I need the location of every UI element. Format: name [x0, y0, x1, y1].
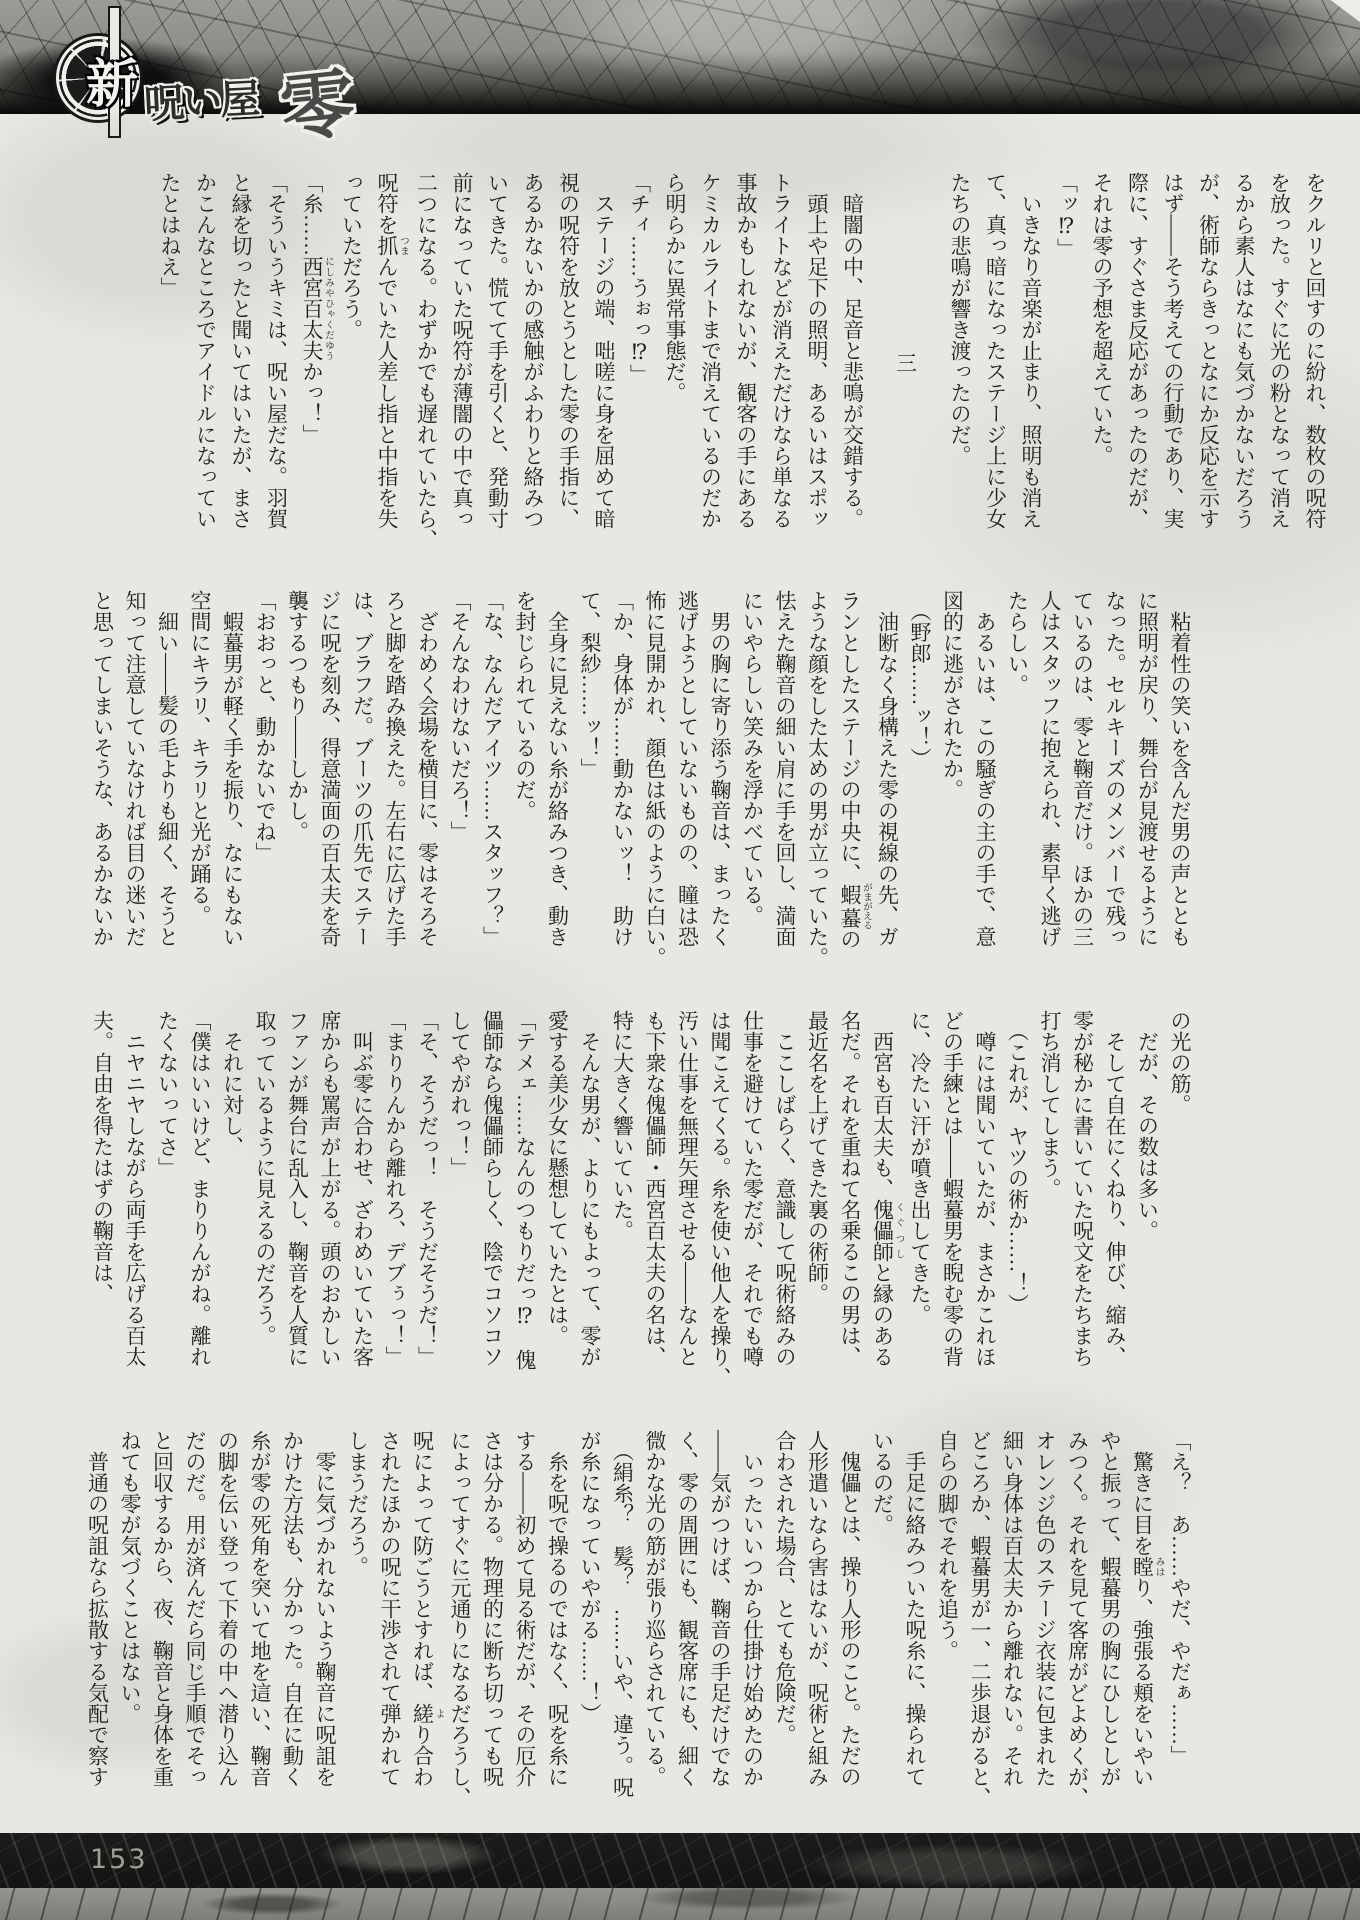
text-column: （これが、ヤツの術か……！）	[1001, 1010, 1034, 1390]
text-column: ケミカルライトまで消えているのだか	[692, 172, 728, 552]
text-column: によってすぐに元通りになるだろうし、	[444, 1430, 477, 1810]
text-column: 「な、なんだアイツ……スタッフ？」	[476, 590, 509, 970]
text-column: しまうだろう。	[341, 1430, 374, 1810]
text-column: 暗闇の中、足音と悲鳴が交錯する。	[834, 172, 870, 552]
text-column: ジに呪を刻み、得意満面の百太夫を奇	[314, 590, 347, 970]
text-column: 人はスタッフに抱えられ、素早く逃げ	[1034, 590, 1067, 970]
text-column: 噂には聞いていたが、まさかこれほ	[969, 1010, 1002, 1390]
text-column: 「そ、そうだっ！ そうだそうだ！」	[411, 1010, 444, 1390]
text-column: あるいは、この騒ぎの主の手で、意	[969, 590, 1002, 970]
text-column: 「か、身体が……動かないッ！ 助け	[606, 590, 639, 970]
text-column: かこんなところでアイドルになってい	[187, 172, 223, 552]
text-column: と縁を切ったと聞いてはいたが、まさ	[223, 172, 259, 552]
text-column: 粘着性の笑いを含んだ男の声ととも	[1164, 590, 1197, 970]
text-column: みつく。それを見て客席がどよめくが、	[1061, 1430, 1094, 1810]
text-column: 手足に絡みついた呪糸に、操られて	[899, 1430, 932, 1810]
text-column: 西宮も百太夫も、傀儡師くぐつしと縁のある	[866, 1010, 904, 1390]
text-column: 仕事を避けていた零だが、それでも噂	[736, 1010, 769, 1390]
text-column: なった。セルキーズのメンバーで残っ	[1099, 590, 1132, 970]
text-column: て、真っ暗になったステージ上に少女	[977, 172, 1013, 552]
text-column: どの手練とは――蝦蟇男を睨む零の背	[936, 1010, 969, 1390]
text-column: 「テメェ……なんのつもりだっ⁉ 傀	[509, 1010, 542, 1390]
text-column: ファンが舞台に乱入し、鞠音を人質に	[281, 1010, 314, 1390]
text-column: 細い――髪の毛よりも細く、そうと	[151, 590, 184, 970]
text-column: 「僕はいいけど、まりりんがね。離れ	[184, 1010, 217, 1390]
text-column: 「チィ……うぉっ⁉」	[621, 172, 657, 552]
text-column: 「そういうキミは、呪い屋だな。羽賀	[258, 172, 294, 552]
text-column: を封じられているのだ。	[509, 590, 542, 970]
text-column: だが、その数は多い。	[1131, 1010, 1164, 1390]
text-column: たちの悲鳴が響き渡ったのだ。	[942, 172, 978, 552]
text-column: あるかないかの感触がふわりと絡みつ	[515, 172, 551, 552]
text-column: 前になっていた呪符が薄闇の中で真っ	[444, 172, 480, 552]
text-column: にいやらしい笑みを浮かべている。	[736, 590, 769, 970]
text-column: たくないってさ」	[151, 1010, 184, 1390]
text-column: 汚い仕事を無理矢理させる――なんと	[671, 1010, 704, 1390]
text-column: それは零の予想を超えていた。	[1084, 172, 1120, 552]
text-column: 零が秘かに書いていた呪文をたちまち	[1066, 1010, 1099, 1390]
text-column: 事故かもしれないが、観客の手にある	[728, 172, 764, 552]
text-column: 男の胸に寄り添う鞠音は、まったく	[704, 590, 737, 970]
text-column: 合わされた場合、とても危険だ。	[769, 1430, 802, 1810]
text-column: 零に気づかれないよう鞠音に呪詛を	[309, 1430, 342, 1810]
text-column: 呪符を抓つまんでいた人差し指と中指を失	[369, 172, 409, 552]
text-column: て、梨紗……ッ！」	[574, 590, 607, 970]
series-logo: 新 呪い屋 零	[52, 30, 352, 130]
text-column: （絹糸？ 髪？ ……いや、違う。呪	[606, 1430, 639, 1810]
text-column: 「ッ⁉」	[1048, 172, 1084, 552]
text-column: たらしい。	[1001, 590, 1034, 970]
text-column: 傀儡とは、操り人形のこと。ただの	[834, 1430, 867, 1810]
text-column: オレンジ色のステージ衣装に包まれた	[1029, 1430, 1062, 1810]
text-column: 驚きに目を瞠みはり、強張る頬をいやい	[1126, 1430, 1164, 1810]
text-column: してやがれっ！」	[444, 1010, 477, 1390]
text-column: 空間にキラリ、キラリと光が踊る。	[184, 590, 217, 970]
text-column: 微かな光の筋が張り巡らされている。	[639, 1430, 672, 1810]
text-column: ろと脚を踏み換えた。左右に広げた手	[379, 590, 412, 970]
text-column: 細い身体は百太夫から離れない。それ	[996, 1430, 1029, 1810]
text-column: （野郎……ッ！）	[904, 590, 937, 970]
text-column: が糸になっていやがる……！）	[574, 1430, 607, 1810]
text-column: 怯えた鞠音の細い肩に手を回し、満面	[769, 590, 802, 970]
header-grunge-bar: 新 呪い屋 零	[0, 0, 1360, 114]
text-column: 「え？ あ……やだ、やだぁ……」	[1164, 1430, 1197, 1810]
text-column: 自らの脚でそれを追う。	[931, 1430, 964, 1810]
text-column: ――気がつけば、鞠音の手足だけでな	[704, 1430, 737, 1810]
text-column: 呪によって防ごうとすれば、縒より合わ	[406, 1430, 444, 1810]
text-column: いったいいつから仕掛け始めたのか	[736, 1430, 769, 1810]
novel-page: { "header": { "logo": { "emblem_char": "…	[0, 0, 1360, 1920]
text-column: ざわめく会場を横目に、零はそろそ	[411, 590, 444, 970]
text-column: ステージの端、咄嗟に身を屈めて暗	[586, 172, 622, 552]
text-column: だのだ。用が済んだら同じ手順でそっ	[179, 1430, 212, 1810]
text-column: 名だ。それを重ねて名乗るこの男は、	[834, 1010, 867, 1390]
text-column: 叫ぶ零に合わせ、ざわめいていた客	[346, 1010, 379, 1390]
text-column: されたほかの呪に干渉されて弾かれて	[374, 1430, 407, 1810]
text-column: いるのだ。	[866, 1430, 899, 1810]
text-column: 全身に見えない糸が絡みつき、動き	[541, 590, 574, 970]
text-column: 図的に逃がされたか。	[936, 590, 969, 970]
text-column: はず――そう考えての行動であり、実	[1155, 172, 1191, 552]
text-band-2: 粘着性の笑いを含んだ男の声とともに照明が戻り、舞台が見渡せるようになった。セルキ…	[88, 590, 1196, 970]
text-column: は聞こえてくる。糸を使い他人を操り、	[704, 1010, 737, 1390]
page-edge-texture	[0, 1888, 1360, 1920]
text-column: 糸が零の死角を突いて地を這い、鞠音	[244, 1430, 277, 1810]
text-column: 頭上や足下の照明、あるいはスポッ	[799, 172, 835, 552]
text-column: そして自在にくねり、伸び、縮み、	[1099, 1010, 1132, 1390]
text-column: 油断なく身構えた零の視線の先、ガ	[871, 590, 904, 970]
text-column: 普通の呪詛なら拡散する気配で察す	[81, 1430, 114, 1810]
text-column: ているのは、零と鞠音だけ。ほかの三	[1066, 590, 1099, 970]
text-column: 逃げようとしていないものの、瞳は恐	[671, 590, 704, 970]
text-column: 視の呪符を放とうとした零の手指に、	[550, 172, 586, 552]
text-column: るから素人はなにも気づかないだろう	[1226, 172, 1262, 552]
text-column: をクルリと回すのに紛れ、数枚の呪符	[1297, 172, 1333, 552]
text-column: ここしばらく、意識して呪術絡みの	[769, 1010, 802, 1390]
text-column: 「糸……西宮百太夫にしみやひゃくだゆうかっ！」	[294, 172, 334, 552]
text-column: ねても零が気づくことはない。	[114, 1430, 147, 1810]
text-column: も下衆な傀儡師・西宮百太夫の名は、	[639, 1010, 672, 1390]
text-column: ニヤニヤしながら両手を広げる百太	[119, 1010, 152, 1390]
text-column: の光の筋。	[1164, 1010, 1197, 1390]
text-column: 席からも罵声が上がる。頭のおかしい	[314, 1010, 347, 1390]
text-band-1: をクルリと回すのに紛れ、数枚の呪符を放った。すぐに光の粉となって消えるから素人は…	[88, 172, 1332, 552]
text-column: が、術師ならきっとなにか反応を示す	[1190, 172, 1226, 552]
text-column: トライトなどが消えただけなら単なる	[763, 172, 799, 552]
text-column: たとはねえ」	[152, 172, 188, 552]
text-column: 儡師なら傀儡師らしく、陰でコソコソ	[476, 1010, 509, 1390]
text-column: いてきた。慌てて手を引くと、発動寸	[479, 172, 515, 552]
text-column: ランとしたステージの中央に、蝦蟇がまがえるの	[834, 590, 872, 970]
logo-zero-char: 零	[275, 44, 360, 157]
text-column: 怖に見開かれ、顔色は紙のように白い。	[639, 590, 672, 970]
footer-grunge-bar	[0, 1833, 1360, 1888]
text-column: 二つになる。わずかでも遅れていたら、	[408, 172, 444, 552]
text-column: 糸を呪で操るのではなく、呪を糸に	[541, 1430, 574, 1810]
text-column: は、ブラフだ。ブーツの爪先でステー	[346, 590, 379, 970]
text-column: 蝦蟇男が軽く手を振り、なにもない	[216, 590, 249, 970]
text-column: やと振って、蝦蟇男の胸にひしとしが	[1094, 1430, 1127, 1810]
text-column: ような顔をした太めの男が立っていた。	[801, 590, 834, 970]
text-column: く、零の周囲にも、観客席にも、細く	[671, 1430, 704, 1810]
text-column: を放った。すぐに光の粉となって消え	[1261, 172, 1297, 552]
text-column: 襲するつもり――しかし。	[281, 590, 314, 970]
text-column: 「まりりんから離れろ、デブぅっ！」	[379, 1010, 412, 1390]
text-column: 最近名を上げてきた裏の術師。	[801, 1010, 834, 1390]
text-column: 人形遣いなら害はないが、呪術と組み	[801, 1430, 834, 1810]
text-column: かけた方法も、分かった。自在に動く	[276, 1430, 309, 1810]
text-band-4: 「え？ あ……やだ、やだぁ……」 驚きに目を瞠みはり、強張る頬をいやいやと振って…	[88, 1430, 1196, 1810]
text-column: と思ってしまいそうな、あるかないか	[86, 590, 119, 970]
text-column: の脚を伝い登って下着の中へ潜り込ん	[211, 1430, 244, 1810]
text-column: さは分かる。物理的に断ち切っても呪	[476, 1430, 509, 1810]
text-column: する――初めて見る術だが、その厄介	[509, 1430, 542, 1810]
text-column: 特に大きく響いていた。	[606, 1010, 639, 1390]
logo-title: 呪い屋	[143, 67, 260, 130]
text-column: と回収するから、夜、鞠音と身体を重	[146, 1430, 179, 1810]
text-column: そんな男が、よりにもよって、零が	[574, 1010, 607, 1390]
text-column: 知って注意していなければ目の迷いだ	[119, 590, 152, 970]
text-column: どころか、蝦蟇男が一、二歩退がると、	[964, 1430, 997, 1810]
text-column: いきなり音楽が止まり、照明も消え	[1013, 172, 1049, 552]
chapter-number: 三	[870, 172, 942, 552]
text-column: 取っているように見えるのだろう。	[249, 1010, 282, 1390]
text-column: 際に、すぐさま反応があったのだが、	[1119, 172, 1155, 552]
text-column: 夫。自由を得たはずの鞠音は、	[86, 1010, 119, 1390]
text-band-3: の光の筋。 だが、その数は多い。 そして自在にくねり、伸び、縮み、零が秘かに書い…	[88, 1010, 1196, 1390]
text-column: 打ち消してしまう。	[1034, 1010, 1067, 1390]
text-column: 「そんなわけないだろ！」	[444, 590, 477, 970]
logo-emblem-char: 新	[86, 42, 138, 117]
text-column: に照明が戻り、舞台が見渡せるように	[1131, 590, 1164, 970]
text-column: っていただろう。	[333, 172, 369, 552]
text-column: 愛する美少女に懸想していたとは。	[541, 1010, 574, 1390]
text-column: 「おおっと、動かないでね」	[249, 590, 282, 970]
text-column: それに対し、	[216, 1010, 249, 1390]
page-number: 153	[90, 1844, 148, 1875]
text-column: に、冷たい汗が噴き出してきた。	[904, 1010, 937, 1390]
text-column: ら明らかに異常事態だ。	[657, 172, 693, 552]
